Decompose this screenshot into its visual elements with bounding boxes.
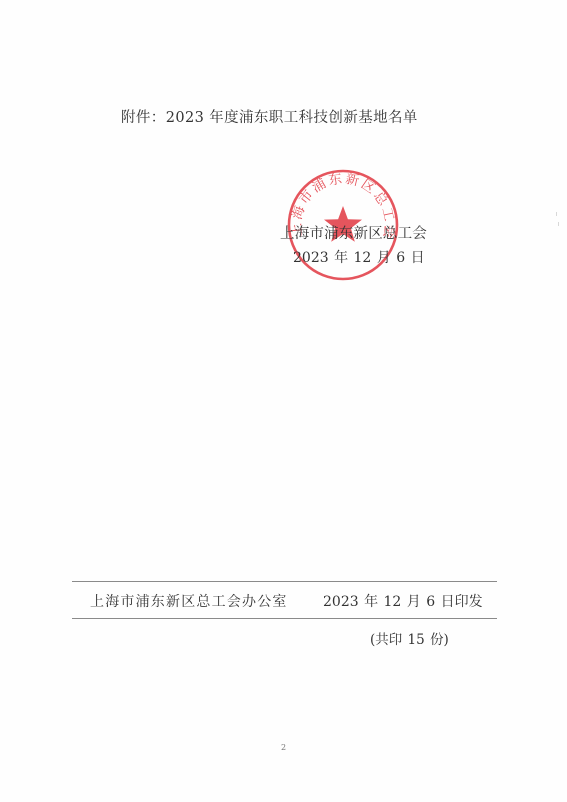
footer-issue-date: 2023 年 12 月 6 日印发 bbox=[323, 591, 483, 611]
scan-artifact bbox=[556, 212, 557, 216]
footer-bottom-rule bbox=[72, 618, 497, 619]
scan-artifact bbox=[558, 222, 559, 226]
signature-organization: 上海市浦东新区总工会 bbox=[280, 222, 427, 243]
page-number: 2 bbox=[281, 743, 286, 752]
footer-issuer: 上海市浦东新区总工会办公室 bbox=[90, 591, 288, 611]
attachment-title: 附件：2023 年度浦东职工科技创新基地名单 bbox=[121, 106, 418, 127]
footer-top-rule bbox=[72, 581, 497, 582]
signature-date: 2023 年 12 月 6 日 bbox=[293, 247, 425, 267]
document-page: 附件：2023 年度浦东职工科技创新基地名单 上海市浦东新区总工会 上海市浦东新… bbox=[0, 0, 567, 802]
print-copies-note: (共印 15 份) bbox=[370, 628, 449, 648]
